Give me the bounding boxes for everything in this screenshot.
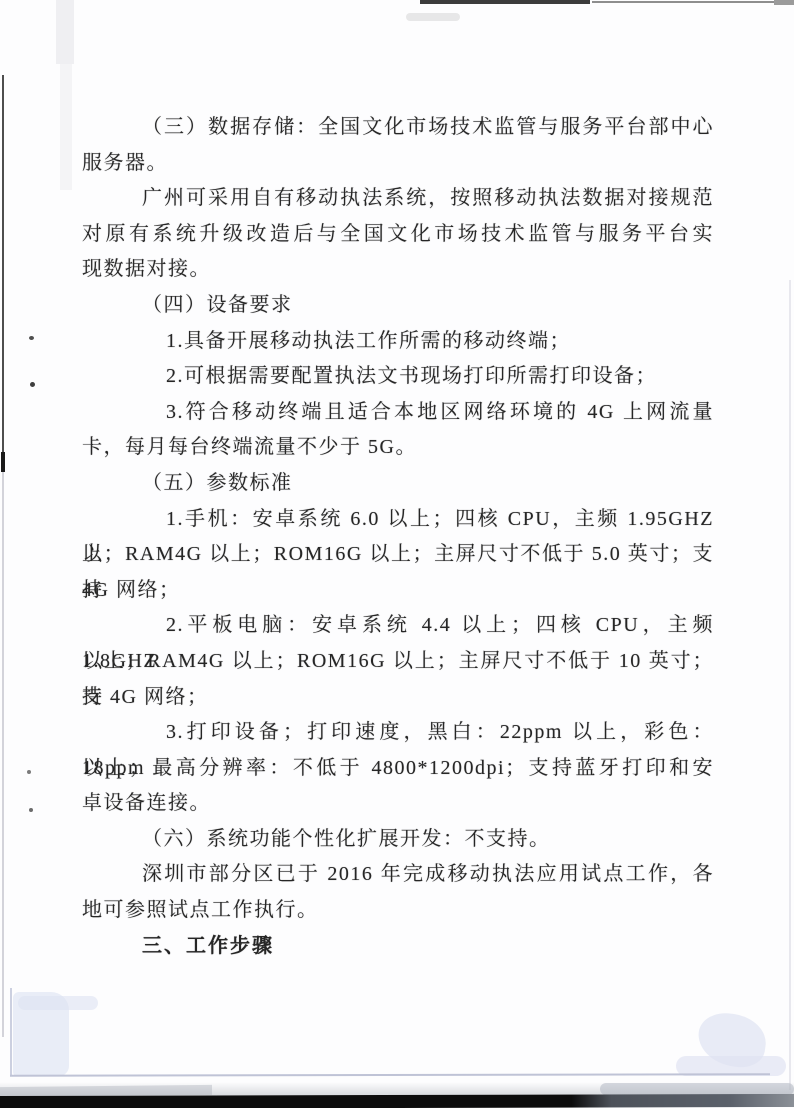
scan-smudge-bottom-left-2 [18, 996, 98, 1010]
document-line: 对原有系统升级改造后与全国文化市场技术监管与服务平台实 [82, 217, 714, 253]
document-line: 2.平板电脑：安卓系统 4.4 以上；四核 CPU，主频 1.8GHZ [82, 608, 714, 644]
scan-edge-top-right-block [774, 0, 794, 5]
document-line: （五）参数标准 [82, 466, 714, 502]
scan-speck-dot [29, 808, 33, 812]
document-line: 服务器。 [82, 146, 714, 182]
scan-edge-bottom-left-vline [10, 988, 12, 1076]
document-line: 3.符合移动终端且适合本地区网络环境的 4G 上网流量 [82, 395, 714, 431]
scan-edge-left-line-blob [1, 452, 5, 472]
document-line: 以上；RAM4G 以上；ROM16G 以上；主屏尺寸不低于 10 英寸；支 [82, 644, 714, 680]
scan-speck-dot [30, 382, 35, 387]
document-line: 2.可根据需要配置执法文书现场打印所需打印设备； [82, 359, 714, 395]
document-line: （六）系统功能个性化扩展开发：不支持。 [82, 822, 714, 858]
document-line: 以上；最高分辨率：不低于 4800*1200dpi；支持蓝牙打印和安 [82, 751, 714, 787]
document-line: 三、工作步骤 [82, 929, 714, 965]
document-line: 1.具备开展移动执法工作所需的移动终端； [82, 324, 714, 360]
document-line: （三）数据存储：全国文化市场技术监管与服务平台部中心 [82, 110, 714, 146]
document-line: 4G 网络； [82, 573, 714, 609]
scan-smudge-top [406, 13, 460, 21]
document-line: 持 4G 网络； [82, 680, 714, 716]
scan-edge-right-line [789, 280, 791, 1090]
document-line: （四）设备要求 [82, 288, 714, 324]
scan-streak-top-left-faint [60, 64, 72, 190]
scan-speck-dot [29, 336, 34, 340]
document-line: 广州可采用自有移动执法系统，按照移动执法数据对接规范 [82, 181, 714, 217]
scan-streak-top-left [56, 0, 74, 64]
document-line: 现数据对接。 [82, 252, 714, 288]
scanned-document-page: （三）数据存储：全国文化市场技术监管与服务平台部中心服务器。广州可采用自有移动执… [0, 0, 794, 1108]
scan-edge-top-dark-bar [420, 0, 590, 4]
document-line: 卡，每月每台终端流量不少于 5G。 [82, 430, 714, 466]
document-line: 1.手机：安卓系统 6.0 以上；四核 CPU，主频 1.95GHZ 以 [82, 502, 714, 538]
document-line: 上；RAM4G 以上；ROM16G 以上；主屏尺寸不低于 5.0 英寸；支持 [82, 537, 714, 573]
scan-edge-bottom-dark-band [0, 1094, 794, 1108]
scan-edge-left-line-upper [2, 75, 4, 453]
document-line: 地可参照试点工作执行。 [82, 893, 714, 929]
scan-edge-left-line-lower [2, 472, 4, 1037]
scan-speck-dot [27, 770, 31, 774]
document-line: 深圳市部分区已于 2016 年完成移动执法应用试点工作，各 [82, 857, 714, 893]
scan-edge-top-thin-line [592, 1, 778, 3]
scan-page-bottom-border [10, 1073, 770, 1077]
document-line: 卓设备连接。 [82, 786, 714, 822]
document-text: （三）数据存储：全国文化市场技术监管与服务平台部中心服务器。广州可采用自有移动执… [82, 110, 714, 964]
document-line: 3.打印设备；打印速度，黑白：22ppm 以上，彩色：18ppm [82, 715, 714, 751]
